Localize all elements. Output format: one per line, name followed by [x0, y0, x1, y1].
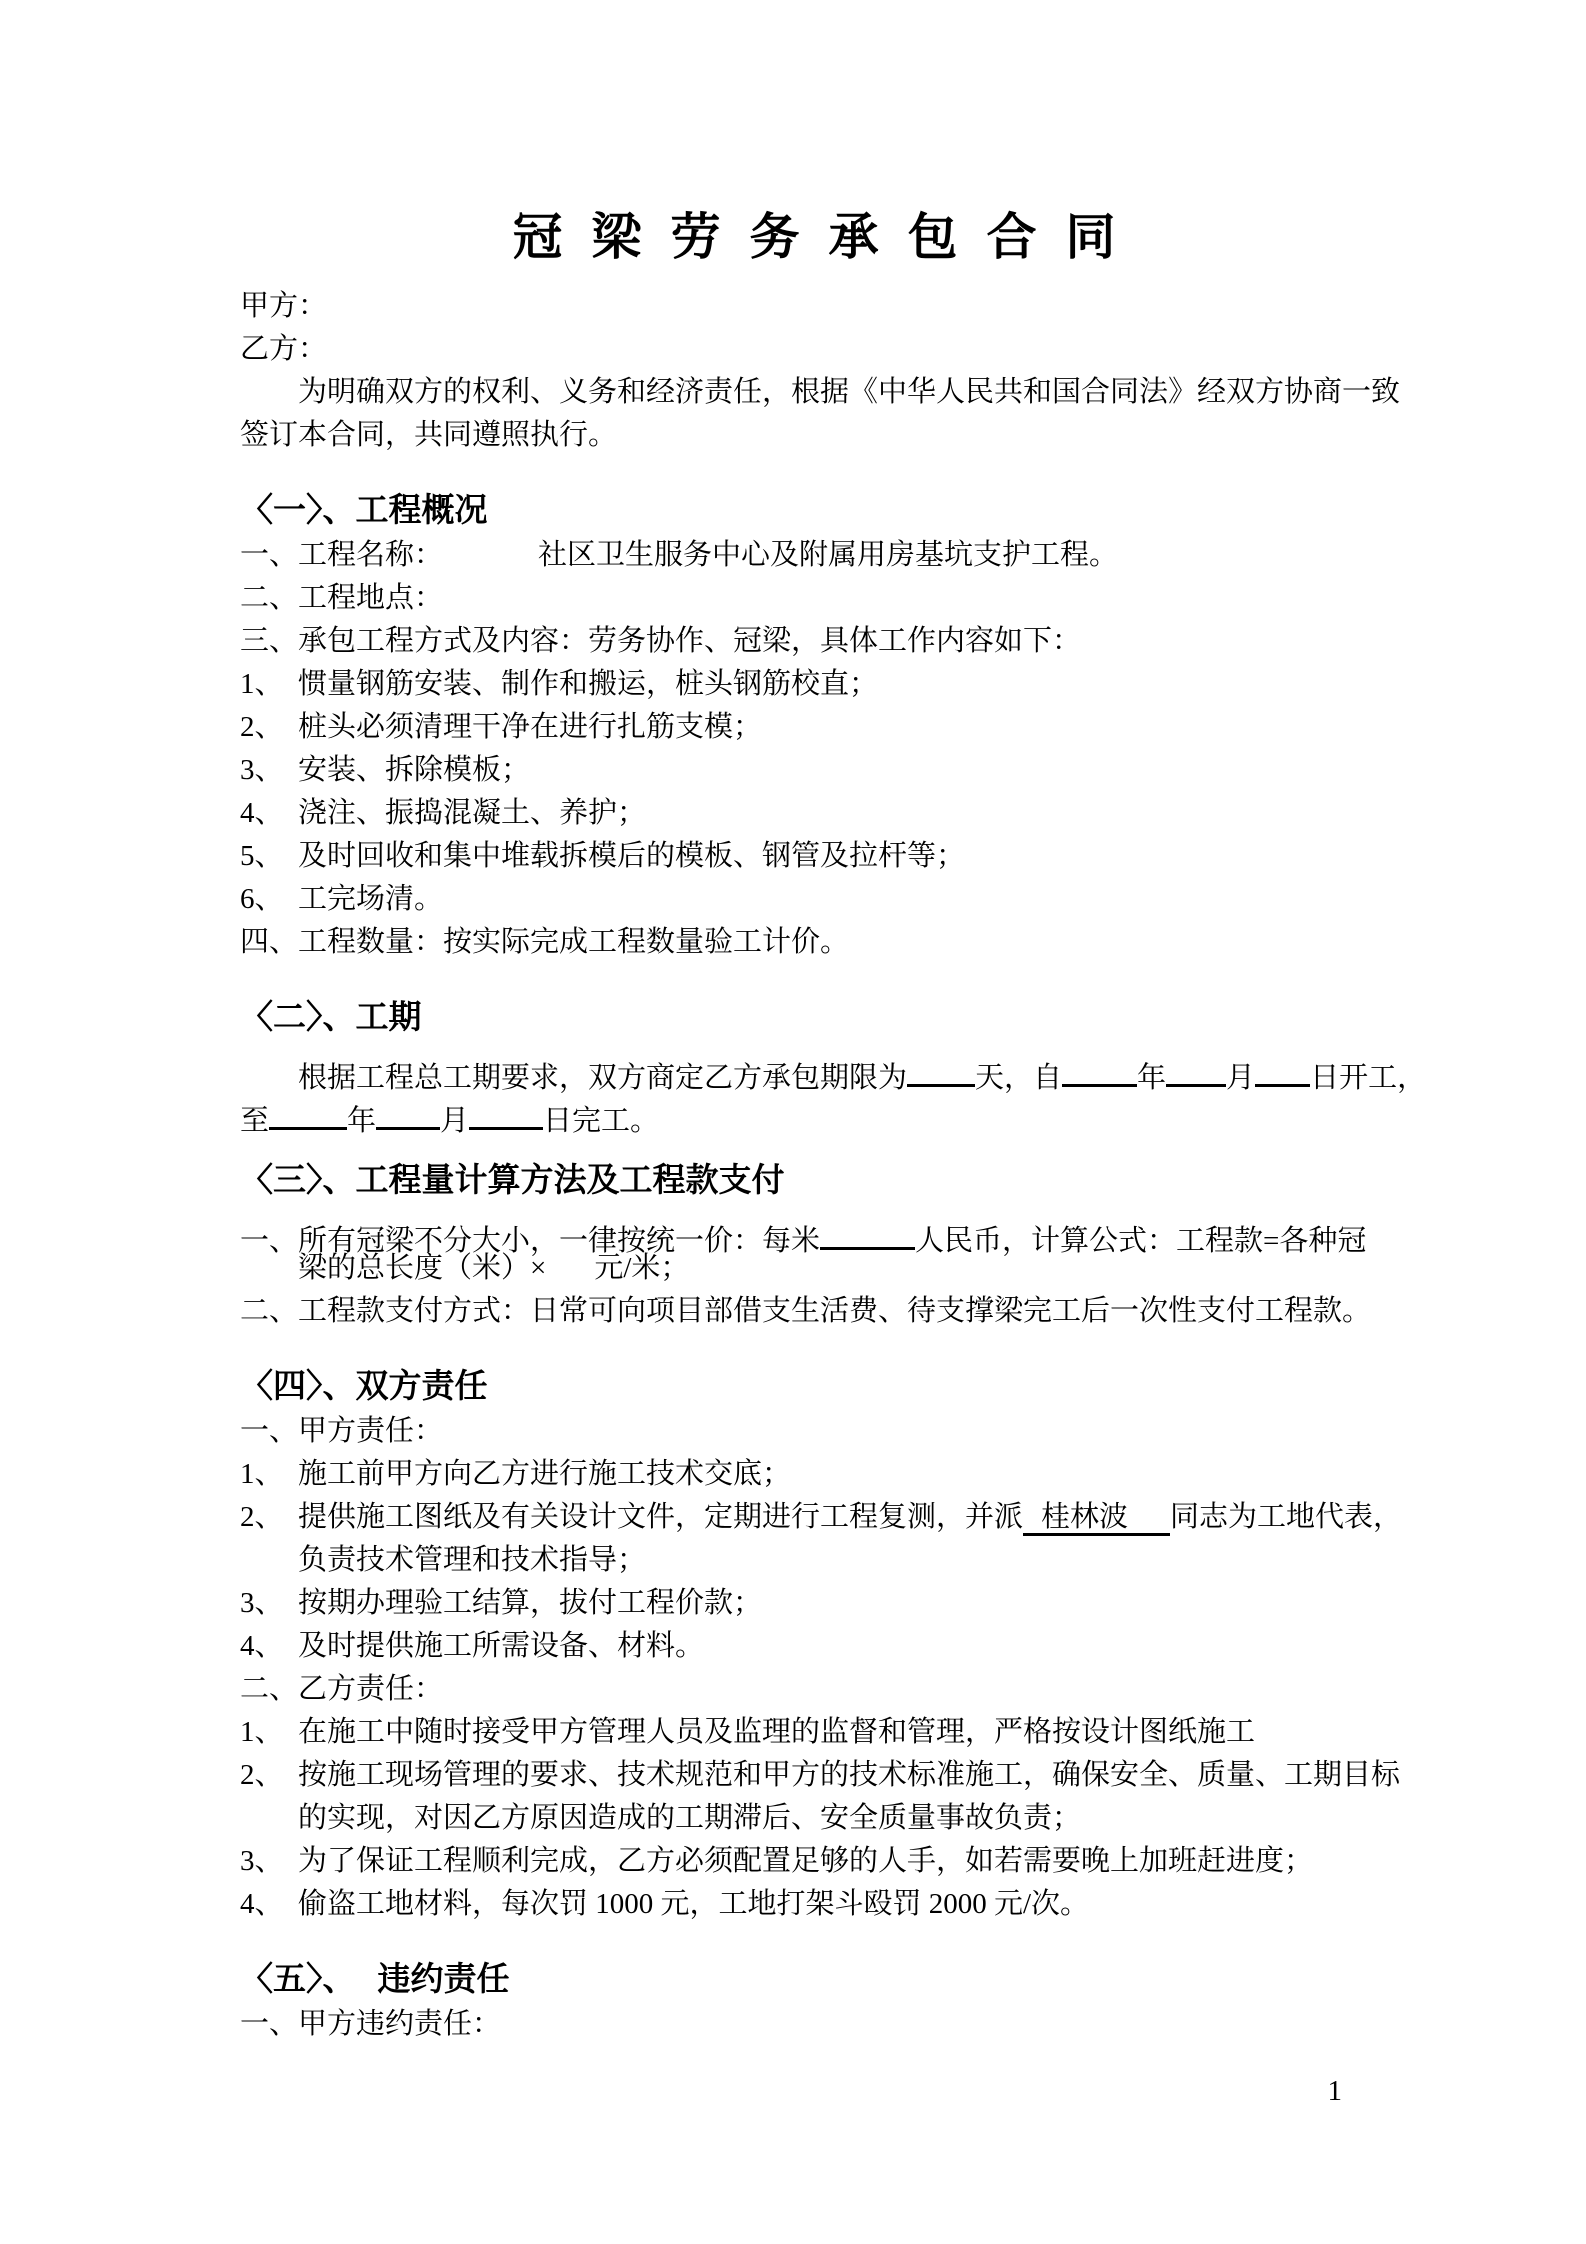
- text-run: 乙方：: [240, 333, 327, 365]
- fill-in-blank: [1062, 1041, 1137, 1087]
- text-run: 〈四〉、双方责任: [240, 1369, 488, 1405]
- item-label: 3、: [240, 1840, 298, 1883]
- item-label: 三、: [240, 620, 298, 663]
- item-label: 2、: [240, 1496, 298, 1539]
- text-run: 年: [347, 1105, 376, 1137]
- item-label: 2、: [240, 706, 298, 749]
- page-content: 冠梁劳务承包合同 甲方：乙方：为明确双方的权利、义务和经济责任，根据《中华人民共…: [0, 0, 1586, 2046]
- text-run: 至: [240, 1105, 269, 1137]
- item-label: 1、: [240, 1711, 298, 1754]
- text-run: 同志为工地代表，: [1170, 1501, 1402, 1533]
- contract-page: 冠梁劳务承包合同 甲方：乙方：为明确双方的权利、义务和经济责任，根据《中华人民共…: [0, 0, 1586, 2244]
- text-run: 违约责任: [378, 1962, 510, 1998]
- text-run: 承包工程方式及内容：劳务协作、冠梁，具体工作内容如下：: [298, 625, 1081, 657]
- section-heading: 〈五〉、 违约责任: [240, 1957, 1388, 2003]
- item-label: 4、: [240, 1625, 298, 1668]
- item-label: 4、: [240, 792, 298, 835]
- text-line: 二、工程地点：: [240, 577, 1388, 620]
- spacer: [546, 1247, 594, 1290]
- text-run: 工程名称：: [298, 539, 443, 571]
- text-line: 一、甲方责任：: [240, 1410, 1388, 1453]
- text-run: 年: [1137, 1062, 1166, 1094]
- item-label: 一、: [240, 2003, 298, 2046]
- fill-in-blank: [376, 1084, 440, 1130]
- spacer: [356, 1957, 378, 2003]
- text-line: 3、按期办理验工结算，拔付工程价款；: [240, 1582, 1388, 1625]
- text-run: 安装、拆除模板；: [298, 754, 530, 786]
- text-run: 签订本合同，共同遵照执行。: [240, 419, 617, 451]
- text-run: 工程款支付方式：日常可向项目部借支生活费、待支撑梁完工后一次性支付工程款。: [298, 1295, 1371, 1327]
- text-run: 甲方：: [240, 290, 327, 322]
- item-label: 一、: [240, 1220, 298, 1263]
- text-run: 及时提供施工所需设备、材料。: [298, 1630, 704, 1662]
- item-label: 6、: [240, 878, 298, 921]
- item-label: 3、: [240, 1582, 298, 1625]
- text-line: 2、按施工现场管理的要求、技术规范和甲方的技术标准施工，确保安全、质量、工期目标: [240, 1754, 1388, 1797]
- fill-in-blank: [907, 1041, 975, 1087]
- text-line: 的实现，对因乙方原因造成的工期滞后、安全质量事故负责；: [240, 1797, 1388, 1840]
- fill-in-blank: [1255, 1041, 1310, 1087]
- text-run: 及时回收和集中堆载拆模后的模板、钢管及拉杆等；: [298, 840, 965, 872]
- section-heading: 〈四〉、双方责任: [240, 1364, 1388, 1410]
- text-line: 1、惯量钢筋安装、制作和搬运，桩头钢筋校直；: [240, 663, 1388, 706]
- text-run: 偷盗工地材料，每次罚 1000 元，工地打架斗殴罚 2000 元/次。: [298, 1888, 1089, 1920]
- text-run: 在施工中随时接受甲方管理人员及监理的监督和管理，严格按设计图纸施工: [298, 1716, 1255, 1748]
- section-heading: 〈一〉、工程概况: [240, 488, 1388, 534]
- text-run: 浇注、振捣混凝土、养护；: [298, 797, 646, 829]
- text-line: 四、工程数量：按实际完成工程数量验工计价。: [240, 921, 1388, 964]
- item-label: 四、: [240, 921, 298, 964]
- item-label: 一、: [240, 1410, 298, 1453]
- text-run: 提供施工图纸及有关设计文件，定期进行工程复测，并派: [298, 1501, 1023, 1533]
- text-line: 根据工程总工期要求，双方商定乙方承包期限为 天，自 年 月 日开工，: [240, 1041, 1388, 1084]
- text-line: 4、浇注、振捣混凝土、养护；: [240, 792, 1388, 835]
- item-label: 二、: [240, 577, 298, 620]
- item-label: 二、: [240, 1290, 298, 1333]
- text-run: 月: [1226, 1062, 1255, 1094]
- text-line: 2、桩头必须清理干净在进行扎筋支模；: [240, 706, 1388, 749]
- item-label: 4、: [240, 1883, 298, 1926]
- section-heading: 〈三〉、工程量计算方法及工程款支付: [240, 1158, 1388, 1204]
- text-run: 〈五〉、: [240, 1962, 356, 1998]
- text-run: 甲方违约责任：: [298, 2008, 501, 2040]
- text-run: 〈三〉、工程量计算方法及工程款支付: [240, 1163, 785, 1199]
- text-run: 〈一〉、工程概况: [240, 493, 488, 529]
- text-run: 元/米；: [594, 1252, 689, 1284]
- item-label: 二、: [240, 1668, 298, 1711]
- text-run: 桩头必须清理干净在进行扎筋支模；: [298, 711, 762, 743]
- document-body: 甲方：乙方：为明确双方的权利、义务和经济责任，根据《中华人民共和国合同法》经双方…: [240, 285, 1388, 2046]
- fill-in-blank: [1166, 1041, 1226, 1087]
- text-run: 按期办理验工结算，拔付工程价款；: [298, 1587, 762, 1619]
- section-heading: 〈二〉、工期: [240, 995, 1388, 1041]
- text-line: 3、为了保证工程顺利完成，乙方必须配置足够的人手，如若需要晚上加班赶进度；: [240, 1840, 1388, 1883]
- text-run: 乙方责任：: [298, 1673, 443, 1705]
- spacer: [443, 534, 538, 577]
- text-run: 工程数量：按实际完成工程数量验工计价。: [298, 926, 849, 958]
- text-line: 3、安装、拆除模板；: [240, 749, 1388, 792]
- text-run: 社区卫生服务中心及附属用房基坑支护工程。: [538, 539, 1118, 571]
- text-line: 6、工完场清。: [240, 878, 1388, 921]
- fill-in-blank: [820, 1204, 915, 1250]
- text-run: 为明确双方的权利、义务和经济责任，根据《中华人民共和国合同法》经双方协商一致: [298, 376, 1400, 408]
- document-title-text: 冠梁劳务承包合同: [513, 209, 1145, 265]
- text-run: 人民币，计算公式：工程款=各种冠: [915, 1225, 1366, 1257]
- item-label: 1、: [240, 663, 298, 706]
- text-line: 乙方：: [240, 328, 1388, 371]
- text-run: 为了保证工程顺利完成，乙方必须配置足够的人手，如若需要晚上加班赶进度；: [298, 1845, 1313, 1877]
- text-line: 签订本合同，共同遵照执行。: [240, 414, 1388, 457]
- text-line: 三、承包工程方式及内容：劳务协作、冠梁，具体工作内容如下：: [240, 620, 1388, 663]
- text-line: 负责技术管理和技术指导；: [240, 1539, 1388, 1582]
- item-label: 一、: [240, 534, 298, 577]
- text-run: 日开工，: [1310, 1062, 1426, 1094]
- text-line: 1、在施工中随时接受甲方管理人员及监理的监督和管理，严格按设计图纸施工: [240, 1711, 1388, 1754]
- text-run: 梁的总长度（米）×: [298, 1252, 546, 1284]
- item-label: 2、: [240, 1754, 298, 1797]
- text-line: 为明确双方的权利、义务和经济责任，根据《中华人民共和国合同法》经双方协商一致: [240, 371, 1388, 414]
- text-line: 一、甲方违约责任：: [240, 2003, 1388, 2046]
- text-run: 的实现，对因乙方原因造成的工期滞后、安全质量事故负责；: [298, 1802, 1081, 1834]
- text-line: 甲方：: [240, 285, 1388, 328]
- text-run: 〈二〉、工期: [240, 1000, 422, 1036]
- text-run: 按施工现场管理的要求、技术规范和甲方的技术标准施工，确保安全、质量、工期目标: [298, 1759, 1400, 1791]
- item-label: 1、: [240, 1453, 298, 1496]
- text-run: 工程地点：: [298, 582, 443, 614]
- text-line: 一、工程名称： 社区卫生服务中心及附属用房基坑支护工程。: [240, 534, 1388, 577]
- text-line: 一、所有冠梁不分大小，一律按统一价：每米 人民币，计算公式：工程款=各种冠: [240, 1204, 1388, 1247]
- text-run: 惯量钢筋安装、制作和搬运，桩头钢筋校直；: [298, 668, 878, 700]
- text-line: 二、工程款支付方式：日常可向项目部借支生活费、待支撑梁完工后一次性支付工程款。: [240, 1290, 1388, 1333]
- text-line: 2、提供施工图纸及有关设计文件，定期进行工程复测，并派桂林波同志为工地代表，: [240, 1496, 1388, 1539]
- text-line: 二、乙方责任：: [240, 1668, 1388, 1711]
- text-line: 4、偷盗工地材料，每次罚 1000 元，工地打架斗殴罚 2000 元/次。: [240, 1883, 1388, 1926]
- text-run: 日完工。: [543, 1105, 659, 1137]
- document-title: 冠梁劳务承包合同: [240, 205, 1388, 269]
- item-label: 3、: [240, 749, 298, 792]
- text-run: 甲方责任：: [298, 1415, 443, 1447]
- item-label: 5、: [240, 835, 298, 878]
- underlined-name: 桂林波: [1023, 1501, 1170, 1536]
- text-run: 月: [440, 1105, 469, 1137]
- text-run: 工完场清。: [298, 883, 443, 915]
- text-line: 4、及时提供施工所需设备、材料。: [240, 1625, 1388, 1668]
- text-run: 施工前甲方向乙方进行施工技术交底；: [298, 1458, 791, 1490]
- fill-in-blank: [469, 1084, 543, 1130]
- page-number: 1: [1328, 2070, 1343, 2113]
- text-run: 负责技术管理和技术指导；: [298, 1544, 646, 1576]
- text-line: 5、及时回收和集中堆载拆模后的模板、钢管及拉杆等；: [240, 835, 1388, 878]
- text-run: 天，自: [975, 1062, 1062, 1094]
- text-line: 1、施工前甲方向乙方进行施工技术交底；: [240, 1453, 1388, 1496]
- fill-in-blank: [269, 1084, 347, 1130]
